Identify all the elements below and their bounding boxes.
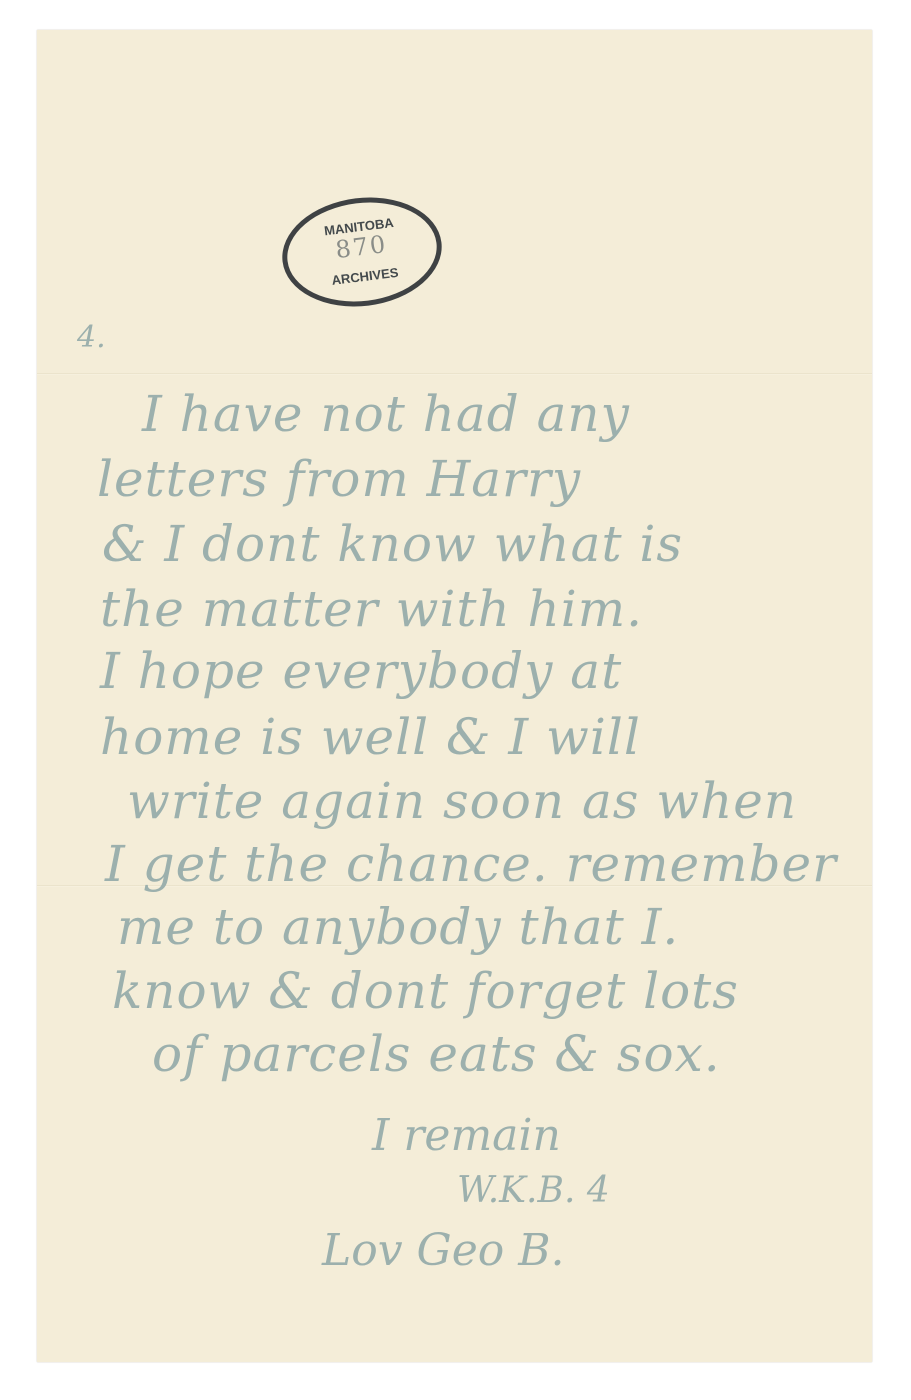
body-line: letters from Harry: [97, 450, 581, 508]
body-line: I have not had any: [142, 385, 630, 443]
body-line: know & dont forget lots: [112, 962, 739, 1020]
signature: Lov Geo B.: [322, 1225, 565, 1276]
body-line: write again soon as when: [127, 772, 797, 830]
body-line: I get the chance. remember: [105, 835, 837, 893]
body-line: the matter with him.: [100, 580, 643, 638]
body-line: home is well & I will: [100, 708, 641, 766]
page-number: 4.: [77, 320, 106, 355]
body-line: me to anybody that I.: [117, 898, 679, 956]
letter-page: MANITOBA 870 ARCHIVES 4. I have not had …: [37, 30, 872, 1362]
archive-stamp: MANITOBA 870 ARCHIVES: [276, 189, 448, 316]
initials: W.K.B. 4: [457, 1170, 610, 1211]
fold-line: [37, 373, 872, 375]
valediction: I remain: [372, 1110, 561, 1161]
body-line: & I dont know what is: [102, 515, 683, 573]
body-line: I hope everybody at: [100, 642, 622, 700]
body-line: of parcels eats & sox.: [152, 1025, 721, 1083]
